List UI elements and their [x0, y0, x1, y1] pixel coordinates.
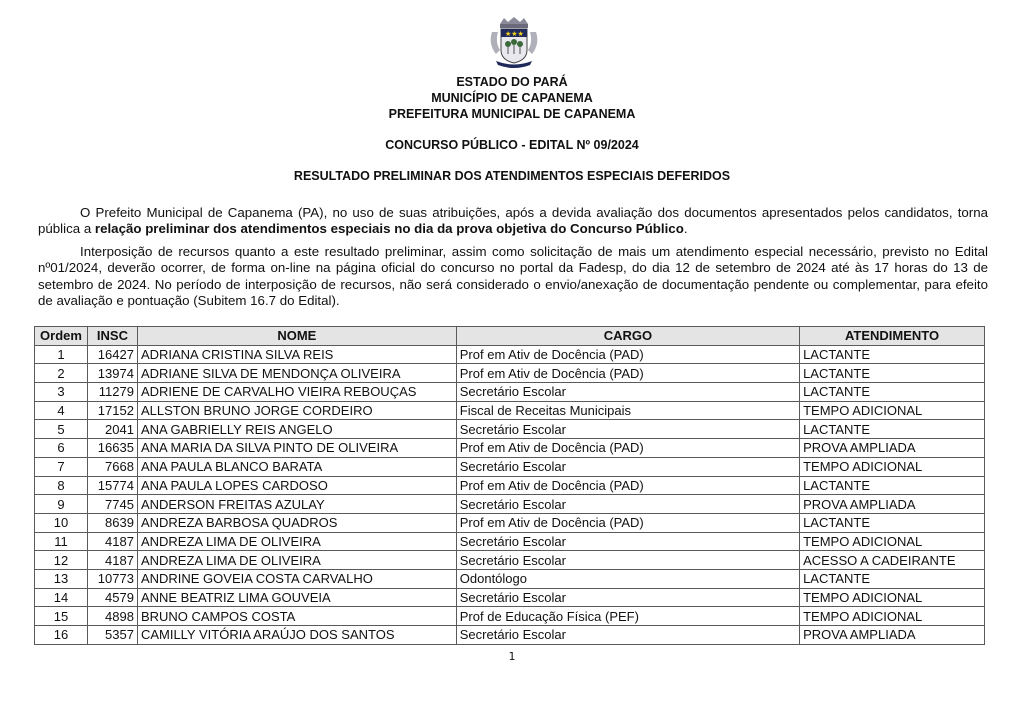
appeals-paragraph: Interposição de recursos quanto a este r… — [38, 244, 988, 309]
header-municipality: MUNICÍPIO DE CAPANEMA — [0, 90, 1024, 106]
header-state: ESTADO DO PARÁ — [0, 74, 1024, 90]
header-edital: CONCURSO PÚBLICO - EDITAL Nº 09/2024 — [0, 137, 1024, 153]
table-row: 311279ADRIENE DE CARVALHO VIEIRA REBOUÇA… — [35, 383, 985, 402]
cell-ordem: 13 — [35, 569, 88, 588]
cell-atendimento: LACTANTE — [800, 569, 985, 588]
cell-cargo: Secretário Escolar — [456, 532, 799, 551]
cell-ordem: 12 — [35, 551, 88, 570]
cell-nome: ANDRINE GOVEIA COSTA CARVALHO — [137, 569, 456, 588]
svg-text:★★★: ★★★ — [505, 30, 524, 38]
cell-atendimento: ACESSO A CADEIRANTE — [800, 551, 985, 570]
cell-insc: 7745 — [87, 495, 137, 514]
table-row: 616635ANA MARIA DA SILVA PINTO DE OLIVEI… — [35, 439, 985, 458]
intro-bold-text: relação preliminar dos atendimentos espe… — [95, 221, 684, 236]
table-row: 114187ANDREZA LIMA DE OLIVEIRASecretário… — [35, 532, 985, 551]
cell-nome: ANA GABRIELLY REIS ANGELO — [137, 420, 456, 439]
table-row: 77668ANA PAULA BLANCO BARATASecretário E… — [35, 457, 985, 476]
cell-atendimento: TEMPO ADICIONAL — [800, 607, 985, 626]
cell-insc: 13974 — [87, 364, 137, 383]
cell-insc: 5357 — [87, 626, 137, 645]
cell-insc: 16427 — [87, 345, 137, 364]
cell-atendimento: PROVA AMPLIADA — [800, 495, 985, 514]
cell-insc: 8639 — [87, 513, 137, 532]
cell-atendimento: LACTANTE — [800, 476, 985, 495]
cell-cargo: Prof em Ativ de Docência (PAD) — [456, 345, 799, 364]
cell-ordem: 15 — [35, 607, 88, 626]
cell-insc: 10773 — [87, 569, 137, 588]
col-header-insc: INSC — [87, 327, 137, 346]
cell-cargo: Prof em Ativ de Docência (PAD) — [456, 476, 799, 495]
col-header-cargo: CARGO — [456, 327, 799, 346]
table-row: 144579ANNE BEATRIZ LIMA GOUVEIASecretári… — [35, 588, 985, 607]
cell-cargo: Fiscal de Receitas Municipais — [456, 401, 799, 420]
cell-nome: ALLSTON BRUNO JORGE CORDEIRO — [137, 401, 456, 420]
cell-insc: 4187 — [87, 551, 137, 570]
cell-ordem: 5 — [35, 420, 88, 439]
header-block: ESTADO DO PARÁ MUNICÍPIO DE CAPANEMA PRE… — [0, 74, 1024, 184]
table-row: 124187ANDREZA LIMA DE OLIVEIRASecretário… — [35, 551, 985, 570]
cell-insc: 2041 — [87, 420, 137, 439]
cell-ordem: 16 — [35, 626, 88, 645]
col-header-nome: NOME — [137, 327, 456, 346]
cell-ordem: 7 — [35, 457, 88, 476]
table-row: 417152ALLSTON BRUNO JORGE CORDEIROFiscal… — [35, 401, 985, 420]
cell-nome: ANA MARIA DA SILVA PINTO DE OLIVEIRA — [137, 439, 456, 458]
cell-insc: 11279 — [87, 383, 137, 402]
cell-insc: 7668 — [87, 457, 137, 476]
cell-nome: ANA PAULA LOPES CARDOSO — [137, 476, 456, 495]
table-row: 154898BRUNO CAMPOS COSTAProf de Educação… — [35, 607, 985, 626]
table-row: 108639ANDREZA BARBOSA QUADROSProf em Ati… — [35, 513, 985, 532]
cell-ordem: 10 — [35, 513, 88, 532]
cell-insc: 4898 — [87, 607, 137, 626]
cell-ordem: 1 — [35, 345, 88, 364]
appeals-text: Interposição de recursos quanto a este r… — [38, 244, 988, 308]
cell-atendimento: LACTANTE — [800, 345, 985, 364]
cell-insc: 4579 — [87, 588, 137, 607]
cell-ordem: 2 — [35, 364, 88, 383]
table-header-row: Ordem INSC NOME CARGO ATENDIMENTO — [35, 327, 985, 346]
col-header-ordem: Ordem — [35, 327, 88, 346]
table-row: 116427ADRIANA CRISTINA SILVA REISProf em… — [35, 345, 985, 364]
cell-nome: ADRIENE DE CARVALHO VIEIRA REBOUÇAS — [137, 383, 456, 402]
header-prefecture: PREFEITURA MUNICIPAL DE CAPANEMA — [0, 106, 1024, 122]
cell-insc: 17152 — [87, 401, 137, 420]
coat-of-arms-icon: ★★★ — [486, 14, 542, 70]
cell-cargo: Prof em Ativ de Docência (PAD) — [456, 513, 799, 532]
table-row: 97745ANDERSON FREITAS AZULAYSecretário E… — [35, 495, 985, 514]
table-body: 116427ADRIANA CRISTINA SILVA REISProf em… — [35, 345, 985, 644]
page-title: RESULTADO PRELIMINAR DOS ATENDIMENTOS ES… — [0, 168, 1024, 184]
cell-nome: ADRIANA CRISTINA SILVA REIS — [137, 345, 456, 364]
intro-paragraph: O Prefeito Municipal de Capanema (PA), n… — [38, 205, 988, 238]
results-table: Ordem INSC NOME CARGO ATENDIMENTO 116427… — [34, 326, 985, 645]
cell-atendimento: TEMPO ADICIONAL — [800, 588, 985, 607]
cell-ordem: 9 — [35, 495, 88, 514]
cell-cargo: Prof em Ativ de Docência (PAD) — [456, 439, 799, 458]
cell-ordem: 6 — [35, 439, 88, 458]
cell-atendimento: TEMPO ADICIONAL — [800, 532, 985, 551]
cell-cargo: Secretário Escolar — [456, 420, 799, 439]
cell-atendimento: LACTANTE — [800, 383, 985, 402]
cell-nome: ANDERSON FREITAS AZULAY — [137, 495, 456, 514]
cell-atendimento: TEMPO ADICIONAL — [800, 401, 985, 420]
cell-atendimento: PROVA AMPLIADA — [800, 439, 985, 458]
table-row: 213974ADRIANE SILVA DE MENDONÇA OLIVEIRA… — [35, 364, 985, 383]
cell-insc: 4187 — [87, 532, 137, 551]
cell-cargo: Prof de Educação Física (PEF) — [456, 607, 799, 626]
cell-atendimento: LACTANTE — [800, 513, 985, 532]
page-number: 1 — [0, 650, 1024, 663]
cell-cargo: Secretário Escolar — [456, 383, 799, 402]
cell-atendimento: LACTANTE — [800, 420, 985, 439]
cell-atendimento: TEMPO ADICIONAL — [800, 457, 985, 476]
cell-ordem: 11 — [35, 532, 88, 551]
cell-nome: ANA PAULA BLANCO BARATA — [137, 457, 456, 476]
table-row: 815774ANA PAULA LOPES CARDOSOProf em Ati… — [35, 476, 985, 495]
cell-nome: ANDREZA BARBOSA QUADROS — [137, 513, 456, 532]
cell-nome: ANDREZA LIMA DE OLIVEIRA — [137, 551, 456, 570]
cell-cargo: Secretário Escolar — [456, 626, 799, 645]
cell-atendimento: PROVA AMPLIADA — [800, 626, 985, 645]
cell-cargo: Secretário Escolar — [456, 588, 799, 607]
cell-nome: BRUNO CAMPOS COSTA — [137, 607, 456, 626]
table-row: 165357CAMILLY VITÓRIA ARAÚJO DOS SANTOSS… — [35, 626, 985, 645]
cell-nome: ADRIANE SILVA DE MENDONÇA OLIVEIRA — [137, 364, 456, 383]
col-header-atendimento: ATENDIMENTO — [800, 327, 985, 346]
cell-ordem: 8 — [35, 476, 88, 495]
cell-ordem: 3 — [35, 383, 88, 402]
cell-cargo: Secretário Escolar — [456, 495, 799, 514]
cell-ordem: 14 — [35, 588, 88, 607]
cell-ordem: 4 — [35, 401, 88, 420]
cell-cargo: Secretário Escolar — [456, 551, 799, 570]
cell-nome: ANNE BEATRIZ LIMA GOUVEIA — [137, 588, 456, 607]
cell-atendimento: LACTANTE — [800, 364, 985, 383]
cell-nome: CAMILLY VITÓRIA ARAÚJO DOS SANTOS — [137, 626, 456, 645]
cell-cargo: Secretário Escolar — [456, 457, 799, 476]
cell-insc: 16635 — [87, 439, 137, 458]
table-row: 1310773ANDRINE GOVEIA COSTA CARVALHOOdon… — [35, 569, 985, 588]
cell-insc: 15774 — [87, 476, 137, 495]
table-row: 52041ANA GABRIELLY REIS ANGELOSecretário… — [35, 420, 985, 439]
cell-cargo: Odontólogo — [456, 569, 799, 588]
cell-cargo: Prof em Ativ de Docência (PAD) — [456, 364, 799, 383]
cell-nome: ANDREZA LIMA DE OLIVEIRA — [137, 532, 456, 551]
